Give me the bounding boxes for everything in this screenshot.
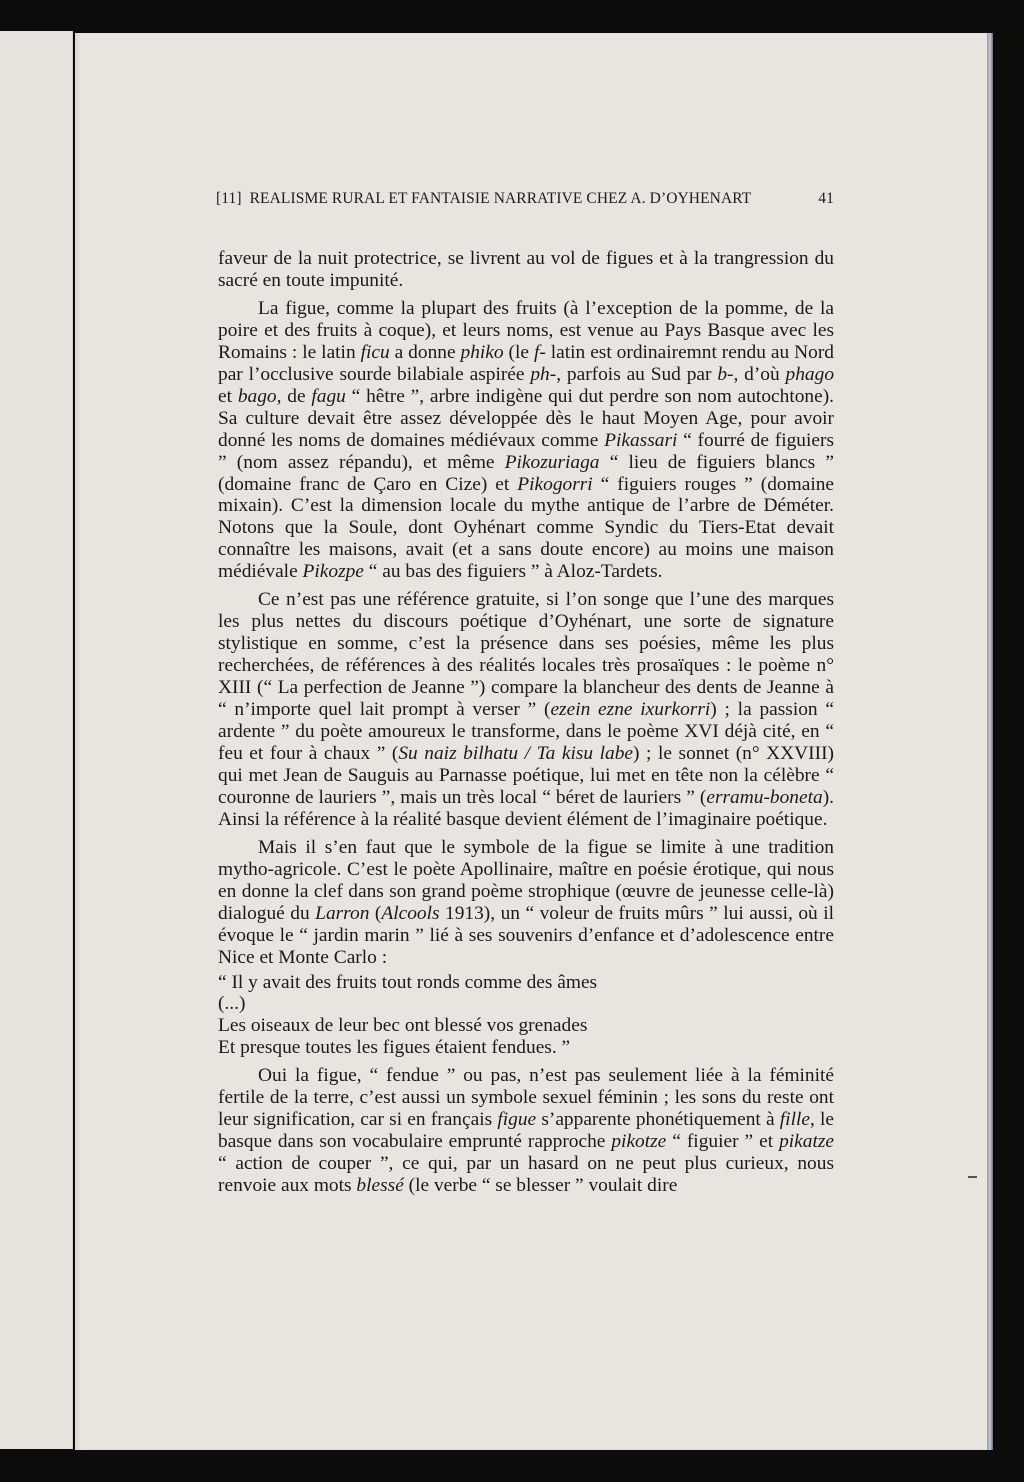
italic-term: Pikassari <box>604 430 677 451</box>
italic-term: f- <box>534 342 546 363</box>
italic-term: phiko <box>461 342 504 363</box>
paragraph: Mais il s’en faut que le symbole de la f… <box>218 837 834 969</box>
italic-term: Su naiz bilhatu / Ta kisu labe <box>398 743 633 764</box>
paragraph: Ce n’est pas une référence gratuite, si … <box>218 589 834 830</box>
running-header-text: [11] REALISME RURAL ET FANTAISIE NARRATI… <box>216 190 751 208</box>
text-run: “ figuier ” et <box>666 1131 779 1152</box>
section-number: [11] <box>216 190 242 207</box>
italic-term: figue <box>497 1109 536 1130</box>
italic-term: ficu <box>361 342 390 363</box>
text-run: s’apparente phonétiquement à <box>536 1109 780 1130</box>
italic-term: pikotze <box>611 1131 666 1152</box>
italic-term: erramu-boneta <box>706 787 822 808</box>
italic-term: phago <box>786 364 834 385</box>
paper-mark <box>968 1176 977 1178</box>
body-text: faveur de la nuit protectrice, se livren… <box>218 248 834 1197</box>
verse-line: “ Il y avait des fruits tout ronds comme… <box>218 972 834 994</box>
text-run: , d’où <box>733 364 785 385</box>
text-run: (le <box>504 342 534 363</box>
verse-line: Et presque toutes les figues étaient fen… <box>218 1037 834 1059</box>
text-run: ( <box>369 903 381 924</box>
text-run: a donne <box>390 342 461 363</box>
running-title: REALISME RURAL ET FANTAISIE NARRATIVE CH… <box>250 190 752 207</box>
text-run: de <box>281 386 311 407</box>
text-run: “ au bas des figuiers ” à Aloz-Tardets. <box>364 561 663 582</box>
text-run: faveur de la nuit protectrice, se livren… <box>218 248 834 291</box>
facing-page-edge <box>0 31 73 1449</box>
italic-term: bago, <box>238 386 282 407</box>
italic-term: fagu <box>311 386 345 407</box>
italic-term: Alcools <box>381 903 439 924</box>
italic-term: Pikozpe <box>303 561 364 582</box>
italic-term: ezein ezne ixur­korri <box>550 699 710 720</box>
italic-term: pikatze <box>779 1131 834 1152</box>
text-run: et <box>218 386 238 407</box>
italic-term: Larron <box>315 903 369 924</box>
italic-term: Pikogorri <box>517 474 592 495</box>
verse-line: Les oiseaux de leur bec ont blessé vos g… <box>218 1015 834 1037</box>
verse-line: (...) <box>218 993 834 1015</box>
paragraph: faveur de la nuit protectrice, se livren… <box>218 248 834 292</box>
italic-term: Pikozuriaga <box>505 452 600 473</box>
text-run: (le verbe “ se blesser ” voulait dire <box>404 1175 678 1196</box>
page-stack-edge <box>987 33 993 1450</box>
paragraph: Oui la figue, “ fendue ” ou pas, n’est p… <box>218 1065 834 1197</box>
italic-term: blessé <box>356 1175 403 1196</box>
page-number: 41 <box>818 190 834 208</box>
running-header: [11] REALISME RURAL ET FANTAISIE NARRATI… <box>216 190 834 208</box>
italic-term: ph- <box>530 364 556 385</box>
italic-term: b- <box>717 364 733 385</box>
text-run: , parfois au Sud par <box>556 364 717 385</box>
paragraph: La figue, comme la plupart des fruits (à… <box>218 298 834 583</box>
italic-term: fille <box>780 1109 810 1130</box>
